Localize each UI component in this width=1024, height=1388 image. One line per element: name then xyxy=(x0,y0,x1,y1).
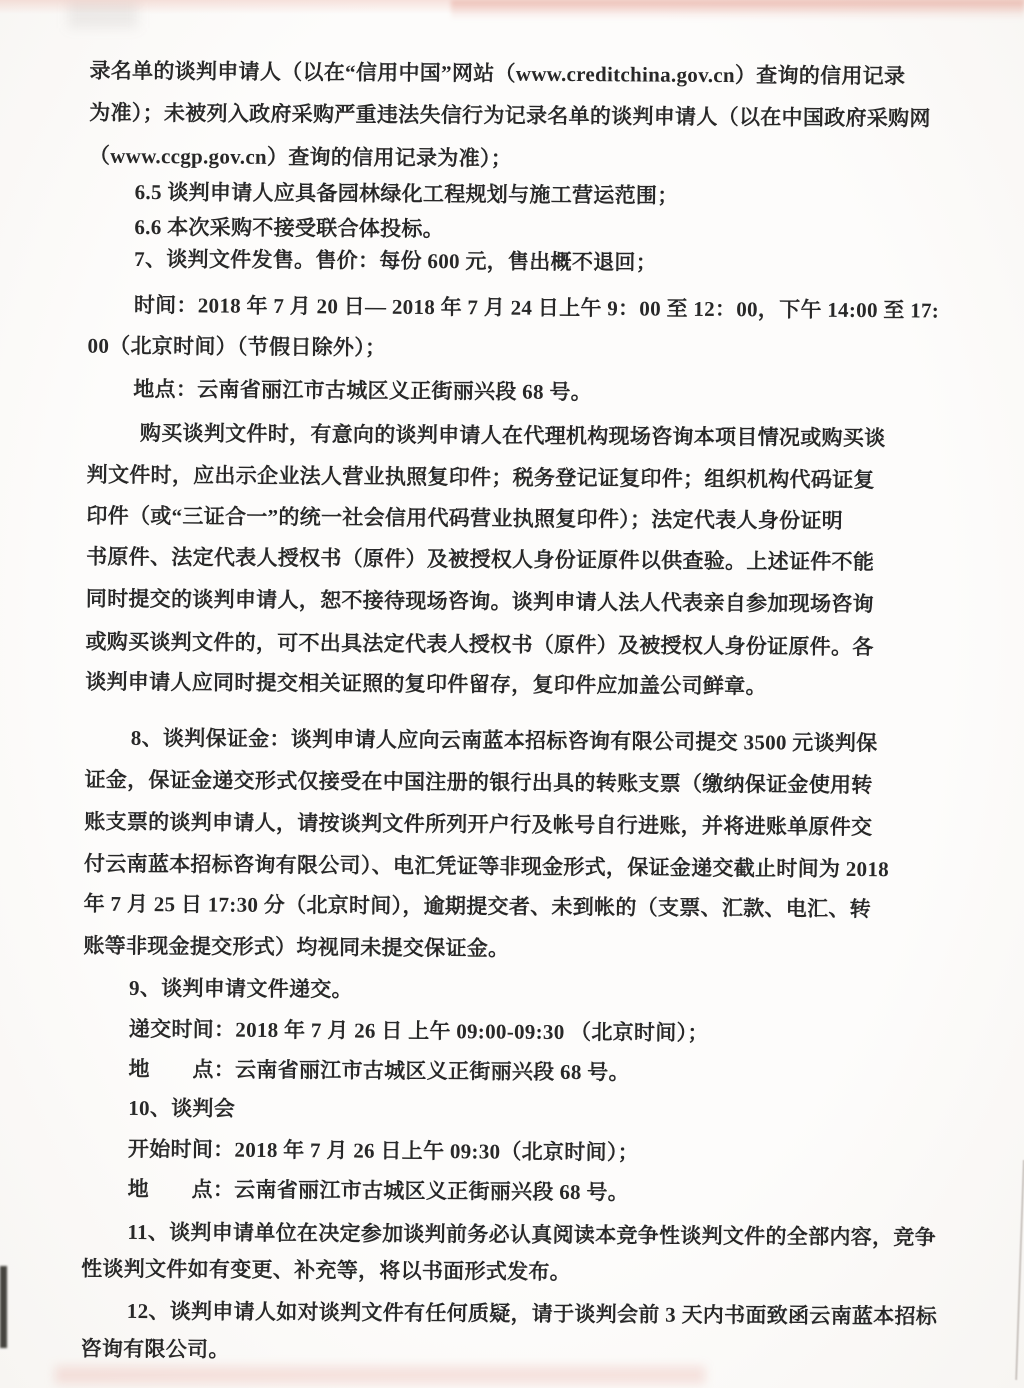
doc-line-18: 证金，保证金递交形式仅接受在中国注册的银行出具的转账支票（缴纳保证金使用转 xyxy=(84,765,872,801)
doc-line-14: 同时提交的谈判申请人，恕不接待现场咨询。谈判申请人法人代表亲自参加现场咨询 xyxy=(86,584,874,620)
doc-line-21: 年 7 月 25 日 17:30 分（北京时间），逾期提交者、未到帐的（支票、汇… xyxy=(84,889,871,924)
doc-line-22: 账等非现金提交形式）均视同未提交保证金。 xyxy=(83,931,509,964)
doc-line-16: 谈判申请人应同时提交相关证照的复印件留存，复印件应加盖公司鲜章。 xyxy=(85,667,767,702)
doc-line-29: 11、谈判申请单位在决定参加谈判前务必认真阅读本竞争性谈判文件的全部内容，竞争 xyxy=(127,1217,936,1253)
doc-line-17: 8、谈判保证金：谈判申请人应向云南蓝本招标咨询有限公司提交 3500 元谈判保 xyxy=(131,723,878,758)
doc-line-05: 6.6 本次采购不接受联合体投标。 xyxy=(134,212,444,244)
doc-line-03: （www.ccgp.gov.cn）查询的信用记录为准）； xyxy=(89,141,512,174)
doc-line-28: 地 点：云南省丽江市古城区义正街丽兴段 68 号。 xyxy=(128,1174,630,1207)
doc-line-01: 录名单的谈判申请人（以在“信用中国”网站（www.creditchina.gov… xyxy=(89,56,905,92)
doc-line-19: 账支票的谈判申请人，请按谈判文件所列开户行及帐号自行进账，并将进账单原件交 xyxy=(84,807,872,843)
doc-line-27: 开始时间：2018 年 7 月 26 日上午 09:30（北京时间）； xyxy=(128,1134,639,1168)
doc-line-30: 性谈判文件如有变更、补充等，将以书面形式发布。 xyxy=(81,1254,571,1287)
doc-line-06: 7、谈判文件发售。售价：每份 600 元，售出概不退回； xyxy=(134,244,657,278)
document-page: 录名单的谈判申请人（以在“信用中国”网站（www.creditchina.gov… xyxy=(0,0,1024,1388)
doc-line-08: 00（北京时间）（节假日除外）； xyxy=(87,331,386,363)
doc-line-02: 为准）；未被列入政府采购严重违法失信行为记录名单的谈判申请人（以在中国政府采购网 xyxy=(89,98,931,134)
doc-line-13: 书原件、法定代表人授权书（原件）及被授权人身份证原件以供查验。上述证件不能 xyxy=(86,542,874,578)
doc-line-07: 时间：2018 年 7 月 20 日— 2018 年 7 月 24 日上午 9：… xyxy=(134,290,939,326)
document-text: 录名单的谈判申请人（以在“信用中国”网站（www.creditchina.gov… xyxy=(0,0,1024,1388)
doc-line-12: 印件（或“三证合一”的统一社会信用代码营业执照复印件）；法定代表人身份证明 xyxy=(86,501,843,536)
doc-line-09: 地点：云南省丽江市古城区义正街丽兴段 68 号。 xyxy=(133,374,592,407)
doc-line-20: 付云南蓝本招标咨询有限公司）、电汇凭证等非现金形式，保证金递交截止时间为 201… xyxy=(84,849,889,885)
doc-line-11: 判文件时，应出示企业法人营业执照复印件；税务登记证复印件；组织机构代码证复 xyxy=(87,460,875,496)
doc-line-10: 购买谈判文件时，有意向的谈判申请人在代理机构现场咨询本项目情况或购买谈 xyxy=(140,418,886,453)
doc-line-32: 咨询有限公司。 xyxy=(80,1334,229,1365)
doc-line-31: 12、谈判申请人如对谈判文件有任何质疑，请于谈判会前 3 天内书面致函云南蓝本招… xyxy=(127,1296,937,1332)
doc-line-26: 10、谈判会 xyxy=(128,1093,235,1124)
doc-line-15: 或购买谈判文件的，可不出具法定代表人授权书（原件）及被授权人身份证原件。各 xyxy=(85,627,873,663)
scan-artifact-right-edge-line xyxy=(1015,1160,1024,1380)
doc-line-04: 6.5 谈判申请人应具备园林绿化工程规划与施工营运范围； xyxy=(135,177,679,211)
doc-line-23: 9、谈判申请文件递交。 xyxy=(129,973,353,1005)
doc-line-25: 地 点：云南省丽江市古城区义正街丽兴段 68 号。 xyxy=(128,1054,630,1087)
doc-line-24: 递交时间：2018 年 7 月 26 日 上午 09:00-09:30 （北京时… xyxy=(129,1014,709,1048)
